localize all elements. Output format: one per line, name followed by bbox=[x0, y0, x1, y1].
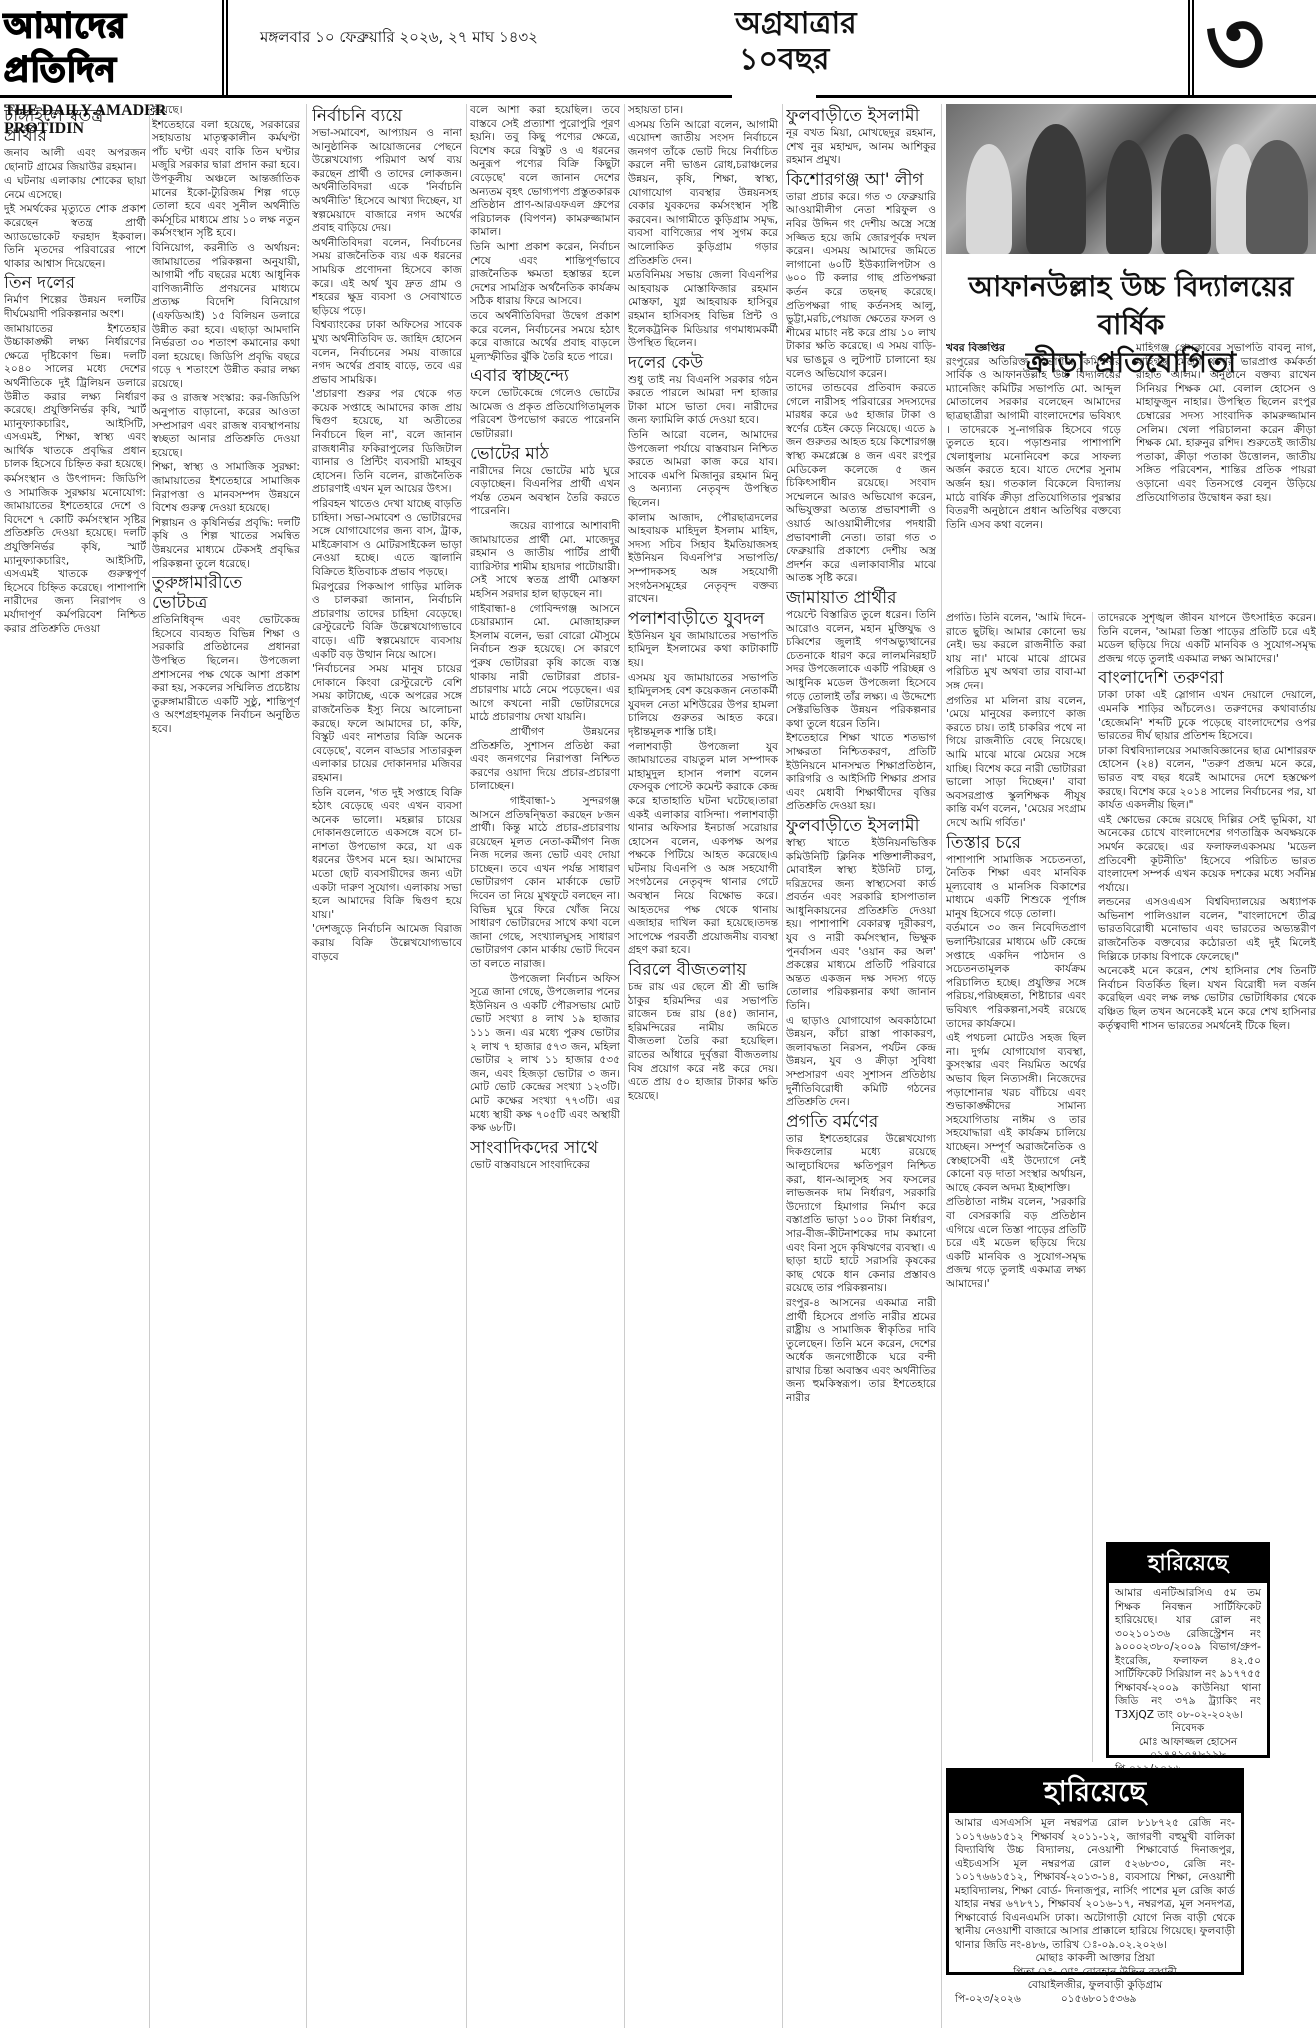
newspaper-logo: আমাদের প্রতিদিন THE DAILY AMADER PROTIDI… bbox=[4, 4, 214, 92]
paragraph: শিল্পায়ন ও কৃষিনির্ভর প্রবৃদ্ধি: দলটি ক… bbox=[152, 517, 300, 571]
paragraph: তবে অর্থনীতিবিদরা উদ্বেগ প্রকাশ করে বলেন… bbox=[470, 310, 620, 364]
paragraph: ফলে ভোটকেন্দ্রে গেলেও ভোটের আমেজ ও প্রকৃ… bbox=[470, 387, 620, 441]
paragraph: মতবিনিময় সভায় জেলা বিএনপির আহবায়ক মোস… bbox=[628, 269, 778, 351]
paragraph: ইউনিয়ন যুব জামায়াতের সভাপতি হামিদুল ইস… bbox=[628, 630, 778, 671]
article-column-8: তাদেরকে সুশৃঙ্খল জীবন যাপনে উৎসাহিত করেন… bbox=[1098, 612, 1316, 1482]
paragraph: এসময় তিনি আরো বলেন, আগামী এয়োদশ জাতীয়… bbox=[628, 119, 778, 269]
article-heading: তিন দলের bbox=[4, 273, 146, 293]
ad-text: আমার এসএসসি মূল নম্বরপত্র রোল ৮১৮৭২৫ রেজ… bbox=[955, 1817, 1235, 1952]
paragraph: ইশতেহারে শিক্ষা খাতে শতভাগ সাক্ষরতা নিশ্… bbox=[786, 732, 936, 814]
column-divider bbox=[466, 104, 467, 2028]
masthead-divider bbox=[222, 0, 228, 96]
ad-applicant-label: নিবেদক bbox=[1115, 1722, 1261, 1736]
anniversary-line1: অগ্রযাত্রার bbox=[735, 6, 857, 41]
paragraph: কর ও রাজস্ব সংস্কার: কর-জিডিপি অনুপাত বা… bbox=[152, 392, 300, 460]
paragraph: তাদেরকে সুশৃঙ্খল জীবন যাপনে উৎসাহিত করেন… bbox=[1098, 612, 1316, 666]
ad-applicant-name: মোছাঃ কাকলী আক্তার প্রিয়া bbox=[955, 1952, 1235, 1966]
feature-column-2: মাহিগঞ্জ প্রেসক্লাবের সভাপতি বাবলু নাগ, … bbox=[1136, 342, 1316, 602]
person-figure bbox=[1026, 124, 1086, 254]
article-heading: কিশোরগঞ্জ আ' লীগ bbox=[786, 170, 936, 190]
paragraph: উপজেলা নির্বাচন অফিস সূত্রে জানা গেছে, উ… bbox=[470, 973, 620, 1136]
paragraph: নারীদের নিয়ে ভোটের মাঠ ঘুরে বেড়াচ্ছেন।… bbox=[470, 465, 620, 519]
paragraph: ইশতেহারে বলা হয়েছে, সরকারের সহায়তায় ম… bbox=[152, 119, 300, 241]
feature-column-1: খবর বিজ্ঞপ্তির রংপুরের অতিরিক্ত বিভাগীয়… bbox=[946, 342, 1121, 602]
page-number-divider bbox=[1188, 0, 1194, 96]
person-figure bbox=[1246, 140, 1308, 254]
paragraph: পাশাপাশি সামাজিক সচেতনতা, নৈতিক শিক্ষা এ… bbox=[946, 854, 1086, 922]
paragraph: প্রগতির মা মলিনা রায় বলেন, 'মেয়ে মানুষ… bbox=[946, 695, 1086, 831]
paragraph: এসময় যুব জামায়াতের সভাপতি হামিদুলসহ বে… bbox=[628, 672, 778, 740]
column-divider bbox=[1092, 612, 1093, 1762]
ad-phone: ০১৫৬৮০১৫৩৬৯ bbox=[1061, 1993, 1137, 2007]
article-heading: সাংবাদিকদের সাথে bbox=[470, 1138, 620, 1158]
paragraph: তাদের তান্ডবের প্রতিবাদ করতে গেলে নারীসহ… bbox=[786, 382, 936, 586]
column-divider bbox=[941, 104, 942, 2028]
ad-heading: হারিয়েছে bbox=[949, 1771, 1241, 1813]
paragraph: ঢাকা ঢাকা এই স্লোগান এখন দেয়ালে দেয়ালে… bbox=[1098, 689, 1316, 743]
paragraph: তার ইশতেহারের উল্লেখযোগ্য দিকগুলোর মধ্যে… bbox=[786, 1133, 936, 1296]
anniversary-line2: ১০বছর bbox=[739, 42, 885, 78]
paragraph: চন্দ্র রায় এর ছেলে শ্রী শ্রী ভাঙ্গি ঠাক… bbox=[628, 981, 778, 1103]
article-column-7: প্রগতি। তিনি বলেন, 'আমি দিনে-রাতে ছুটছি।… bbox=[946, 612, 1086, 1762]
person-figure bbox=[1106, 140, 1152, 254]
article-column-5: সহায়তা চান। এসময় তিনি আরো বলেন, আগামী … bbox=[628, 104, 778, 2028]
paragraph: জামায়াতের ইশতেহার উচ্চাকাঙ্ক্ষী লক্ষ্য … bbox=[4, 323, 146, 473]
lost-notice-ad-1: হারিয়েছে আমার এনটিআরসিএ ৫ম তম শিক্ষক নি… bbox=[1106, 1542, 1270, 1758]
article-heading: বিরলে বীজতলায় bbox=[628, 960, 778, 980]
ad-address: বোয়াইলজীর, ফুলবাড়ী কুড়িগ্রাম bbox=[955, 1979, 1235, 1993]
article-heading: ফুলবাড়ীতে ইসলামী bbox=[786, 106, 936, 126]
ad-ref: পি-০২৩/২০২৬ bbox=[955, 1993, 1021, 2007]
paragraph: অনেকেই মনে করেন, শেখ হাসিনার শেষ তিনটি ন… bbox=[1098, 965, 1316, 1033]
paragraph: প্রতিনিধিবৃন্দ এবং ভোটকেন্দ্র হিসেবে ব্য… bbox=[152, 614, 300, 736]
article-heading: তুরুঙ্গামারীতে ভোটচত্র bbox=[152, 573, 300, 613]
masthead-rule bbox=[0, 95, 732, 98]
paragraph: পরিবহন খাতেও দেখা যাচ্ছে বাড়তি চাহিদা। … bbox=[312, 498, 462, 580]
ad-body: আমার এসএসসি মূল নম্বরপত্র রোল ৮১৮৭২৫ রেজ… bbox=[949, 1813, 1241, 2010]
ad-text: আমার এনটিআরসিএ ৫ম তম শিক্ষক নিবন্ধন সার্… bbox=[1115, 1587, 1261, 1722]
column-divider bbox=[782, 104, 783, 2028]
paragraph: প্রতিষ্ঠাতা নাঈম বলেন, 'সরকারি বা বেসরকা… bbox=[946, 1196, 1086, 1291]
paragraph: ঢাকা বিশ্ববিদ্যালয়ের সমাজবিজ্ঞানের ছাত্… bbox=[1098, 745, 1316, 813]
ad-body: আমার এনটিআরসিএ ৫ম তম শিক্ষক নিবন্ধন সার্… bbox=[1109, 1583, 1267, 1780]
paragraph: হয়েছে। bbox=[152, 104, 300, 118]
article-heading: এবার স্বাচ্ছন্দ্যে bbox=[470, 366, 620, 386]
person-figure bbox=[1161, 134, 1211, 254]
byline: খবর বিজ্ঞপ্তির bbox=[946, 342, 1121, 356]
article-heading: তিস্তার চরে bbox=[946, 833, 1086, 853]
news-photo bbox=[946, 104, 1316, 254]
paragraph: মিরপুরের পিকআপ গাড়ির মালিক ও চালকরা জান… bbox=[312, 581, 462, 663]
paragraph: নূর বখত মিয়া, মোখছেদুর রহমান, শেখ নুর ম… bbox=[786, 127, 936, 168]
article-heading: প্রগতি বর্মণের bbox=[786, 1112, 936, 1132]
paragraph: তারা প্রচার করে। গত ৩ ফেব্রুয়ারি আওয়াম… bbox=[786, 191, 936, 381]
paragraph: সভা-সমাবেশ, আপ্যায়ন ও নানা আনুষ্ঠানিক আ… bbox=[312, 127, 462, 236]
headline-line1: আফানউল্লাহ উচ্চ বিদ্যালয়ের বার্ষিক bbox=[969, 270, 1294, 341]
article-column-3: নির্বাচনি ব্যয়ে সভা-সমাবেশ, আপ্যায়ন ও … bbox=[312, 104, 462, 2028]
paragraph: রংপুর-৪ আসনের একমাত্র নারী প্রার্থী হিসে… bbox=[786, 1297, 936, 1406]
article-heading: টাঙ্গাইলে স্বতন্ত্র প্রার্থীর bbox=[4, 106, 146, 146]
article-heading: পলাশবাড়ীতে যুবদল bbox=[628, 609, 778, 629]
paragraph: বিশ্বব্যাংকের ঢাকা অফিসের সাবেক মুখ্য অর… bbox=[312, 319, 462, 387]
article-column-4: বলে আশা করা হয়েছিল। তবে বাস্তবে সেই প্র… bbox=[470, 104, 620, 2028]
paragraph: দুই সমর্থকের মৃত্যুতে শোক প্রকাশ করেছেন … bbox=[4, 203, 146, 271]
article-heading: নির্বাচনি ব্যয়ে bbox=[312, 106, 462, 126]
ad-footer: পি-০২৩/২০২৬ ০১৫৬৮০১৫৩৬৯ bbox=[955, 1993, 1235, 2007]
paragraph: তিনি আশা প্রকাশ করেন, নির্বাচন শেষে এবং … bbox=[470, 241, 620, 309]
paragraph: স্বাস্থ্য খাতে ইউনিয়নভিত্তিক কমিউনিটি ক… bbox=[786, 837, 936, 1014]
paragraph: নির্মাণ শিল্পের উন্নয়ন দলটির দীর্ঘমেয়া… bbox=[4, 294, 146, 321]
column-divider bbox=[149, 104, 150, 2028]
ad-father-name: পিতা ঃ- মোঃ বোরহান উদ্দিন রব্বানী bbox=[955, 1966, 1235, 1980]
paragraph: অর্থনীতিবিদরা বলেন, নির্বাচনের সময় রাজন… bbox=[312, 237, 462, 319]
paragraph: কর্মসংস্থান ও উৎপাদন: জিডিপি ও সামাজিক স… bbox=[4, 473, 146, 636]
paragraph: বর্তমানে ৩০ জন নিবেদিতপ্রাণ ভলান্টিয়ারে… bbox=[946, 922, 1086, 1031]
paragraph: 'নির্বাচনের সময় মানুষ চায়ের দোকানে কিং… bbox=[312, 663, 462, 785]
paragraph: পয়েন্টে বিস্তারিত তুলে ধরেন। তিনি আরোও … bbox=[786, 609, 936, 731]
paragraph: লন্ডনের এসওএএস বিশ্ববিদ্যালয়ের অধ্যাপক … bbox=[1098, 896, 1316, 964]
paragraph: রংপুরের অতিরিক্ত বিভাগীয় কমিশনার সার্বি… bbox=[946, 356, 1121, 533]
logo-bengali: আমাদের প্রতিদিন bbox=[4, 4, 214, 92]
paragraph: ভোট বাস্তবায়নে সাংবাদিকের bbox=[470, 1159, 620, 1173]
paragraph: জনাব আলী এবং অপরজন ছোনাট গ্রামের জিয়াউর… bbox=[4, 147, 146, 174]
ad-phone: ০১৭৪১০৭৮১৯৮ bbox=[1115, 1749, 1261, 1763]
paragraph: সহায়তা চান। bbox=[628, 104, 778, 118]
article-column-6: ফুলবাড়ীতে ইসলামী নূর বখত মিয়া, মোখছেদু… bbox=[786, 104, 936, 2028]
paragraph: 'দেশজুড়ে নির্বাচনি আমেজ বিরাজ করায় বিক… bbox=[312, 923, 462, 964]
column-divider bbox=[624, 104, 625, 2028]
person-figure bbox=[966, 144, 1012, 254]
paragraph: বিনিয়োগ, করনীতি ও অর্থায়ন: জামায়াতের … bbox=[152, 242, 300, 392]
paragraph: মাহিগঞ্জ প্রেসক্লাবের সভাপতি বাবলু নাগ, … bbox=[1136, 342, 1316, 505]
article-heading: বাংলাদেশি তরুণরা bbox=[1098, 668, 1316, 688]
article-column-1: টাঙ্গাইলে স্বতন্ত্র প্রার্থীর জনাব আলী এ… bbox=[4, 104, 146, 2028]
ad-applicant-name: মোঃ আফাজ্জল হোসেন bbox=[1115, 1736, 1261, 1750]
paragraph: এ ছাড়াও যোগাযোগ অবকাঠামো উন্নয়ন, কাঁচা… bbox=[786, 1015, 936, 1110]
article-heading: ফুলবাড়ীতে ইসলামী bbox=[786, 816, 936, 836]
paragraph: প্রার্থীগণ উন্নয়নের প্রতিশ্রুতি, সুশাসন… bbox=[470, 726, 620, 794]
column-divider bbox=[306, 104, 307, 2028]
paragraph: প্রগতি। তিনি বলেন, 'আমি দিনে-রাতে ছুটছি।… bbox=[946, 612, 1086, 694]
paragraph: গাইবান্ধা-১ সুন্দরগঞ্জ আসনে প্রতিদ্বন্দ্… bbox=[470, 795, 620, 972]
paragraph: গাইবান্ধা-৪ গোবিন্দগঞ্জ আসনে চেয়ারম্যান… bbox=[470, 603, 620, 725]
article-heading: জামায়াত প্রার্থীর bbox=[786, 588, 936, 608]
masthead-rule bbox=[816, 95, 1316, 98]
paragraph: পলাশবাড়ী উপজেলা যুব জামায়াতের বায়তুল … bbox=[628, 741, 778, 959]
ad-heading: হারিয়েছে bbox=[1109, 1545, 1267, 1583]
paragraph: এই পথচলা মোটেও সহজ ছিল না। দুর্গম যোগাযো… bbox=[946, 1032, 1086, 1195]
paragraph: কালাম আজাদ, পৌরছাত্রদলের আহবায়ক মাহিদুল… bbox=[628, 512, 778, 607]
article-heading: ভোটের মাঠ bbox=[470, 444, 620, 464]
paragraph: বলে আশা করা হয়েছিল। তবে বাস্তবে সেই প্র… bbox=[470, 104, 620, 240]
paragraph: শুধু তাই নয় বিএনপি সরকার গঠন করতে পারলে… bbox=[628, 374, 778, 428]
lost-notice-ad-2: হারিয়েছে আমার এসএসসি মূল নম্বরপত্র রোল … bbox=[946, 1768, 1244, 1975]
masthead: আমাদের প্রতিদিন THE DAILY AMADER PROTIDI… bbox=[0, 0, 1316, 96]
issue-date: মঙ্গলবার ১০ ফেব্রুয়ারি ২০২৬, ২৭ মাঘ ১৪৩… bbox=[260, 26, 538, 51]
paragraph: 'প্রচারণা শুরুর পর থেকে গত কয়েক সপ্তাহে… bbox=[312, 388, 462, 497]
anniversary-badge: অগ্রযাত্রার ১০বছর bbox=[735, 6, 885, 78]
page-number: ৩ bbox=[1205, 0, 1265, 94]
paragraph: জয়ের ব্যাপারে আশাবাদী জামায়াতের প্রার্… bbox=[470, 520, 620, 602]
paragraph: তিনি বলেন, 'গত দুই সপ্তাহে বিক্রি হঠাৎ ব… bbox=[312, 787, 462, 923]
paragraph: শিক্ষা, স্বাস্থ্য ও সামাজিক সুরক্ষা: জাম… bbox=[152, 461, 300, 515]
paragraph: এই ক্ষোভের কেন্দ্রে রয়েছে দিল্লির সেই ভ… bbox=[1098, 814, 1316, 896]
paragraph: এ ঘটনায় এলাকায় শোকের ছায়া নেমে এসেছে। bbox=[4, 175, 146, 202]
article-heading: দলের কেউ bbox=[628, 353, 778, 373]
paragraph: তিনি আরো বলেন, আমাদের উপজেলা পর্যায়ে বা… bbox=[628, 429, 778, 511]
article-column-2: হয়েছে। ইশতেহারে বলা হয়েছে, সরকারের সহা… bbox=[152, 104, 300, 2028]
